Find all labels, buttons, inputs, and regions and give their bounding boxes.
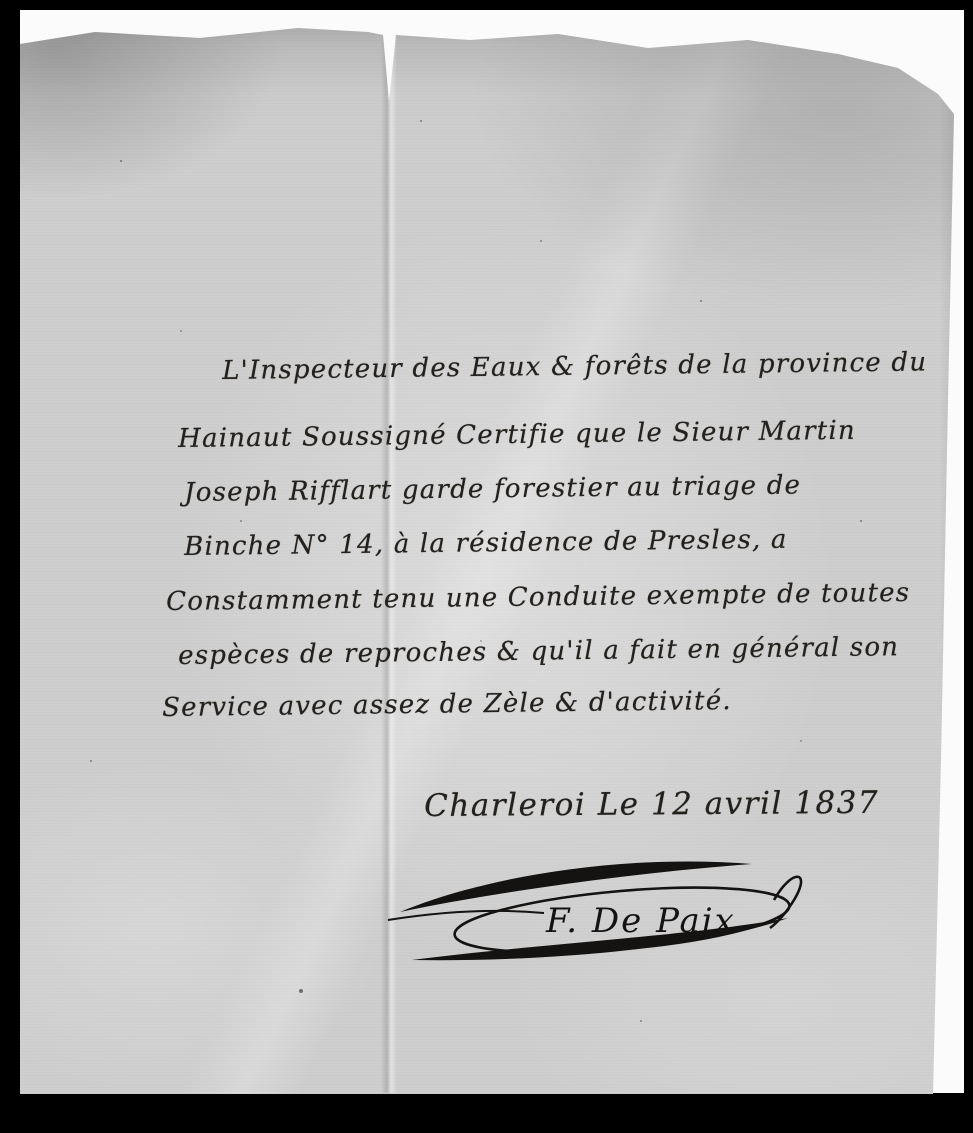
text-line: Constamment tenu une Conduite exempte de… bbox=[166, 578, 910, 617]
text-line: L'Inspecteur des Eaux & forêts de la pro… bbox=[222, 347, 927, 386]
text-line: Joseph Rifflart garde forestier au triag… bbox=[184, 470, 801, 508]
paper-specks bbox=[0, 0, 2, 2]
text-line: Binche N° 14, à la résidence de Presles,… bbox=[184, 525, 788, 562]
signature-flourish: F. De Paix bbox=[386, 846, 820, 974]
signature: F. De Paix bbox=[386, 846, 820, 974]
date-line: Charleroi Le 12 avril 1837 bbox=[424, 785, 879, 824]
scanned-photo: L'Inspecteur des Eaux & forêts de la pro… bbox=[0, 0, 973, 1133]
paper-sheet: L'Inspecteur des Eaux & forêts de la pro… bbox=[0, 0, 973, 1133]
text-line: espèces de reproches & qu'il a fait en g… bbox=[178, 632, 899, 671]
text-line: Service avec assez de Zèle & d'activité. bbox=[162, 686, 732, 723]
signature-approach-line bbox=[388, 911, 544, 920]
text-line: Hainaut Soussigné Certifie que le Sieur … bbox=[178, 416, 856, 454]
